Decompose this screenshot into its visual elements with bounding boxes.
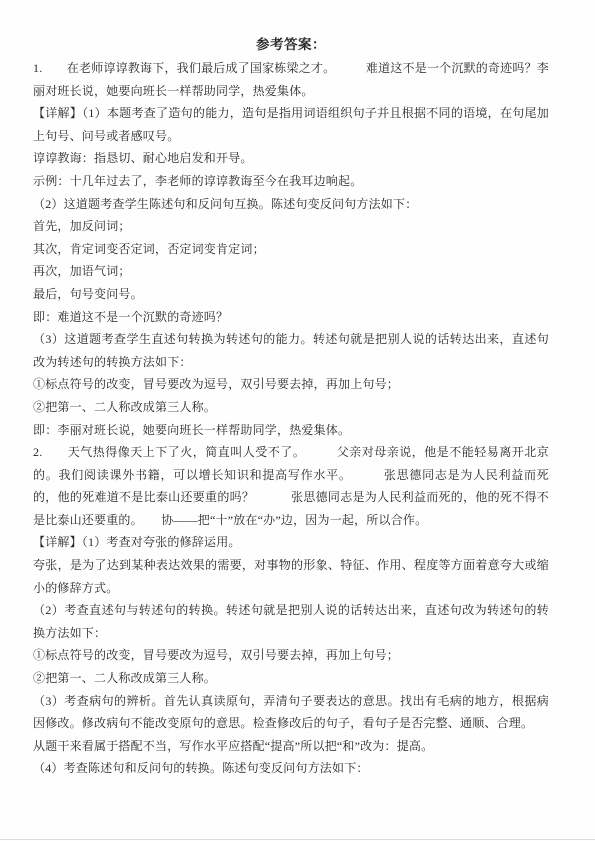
q1-detail-part1: 【详解】（1）本题考查了造句的能力，造句是指用词语组织句子并且根据不同的语境，在…	[33, 102, 549, 147]
q2-part4-intro: （4）考查陈述句和反问句的转换。陈述句变反问句方法如下：	[33, 757, 549, 780]
q2-part2-intro: （2）考查直述句与转述句的转换。转述句就是把别人说的话转达出来，直述句改为转述句…	[33, 599, 549, 644]
q1-part3-result: 即：李丽对班长说，她要向班长一样帮助同学，热爱集体。	[33, 419, 549, 442]
document-body: 1. 在老师谆谆教诲下，我们最后成了国家栋梁之才。 难道这不是一个沉默的奇迹吗？…	[33, 57, 549, 780]
q2-part2-rule-1: ①标点符号的改变，冒号要改为逗号，双引号要去掉，再加上句号；	[33, 644, 549, 667]
q2-detail-part1: 【详解】（1）考查对夸张的修辞运用。	[33, 531, 549, 554]
q1-example: 示例：十几年过去了，李老师的谆谆教诲至今在我耳边响起。	[33, 170, 549, 193]
q1-part3-rule-1: ①标点符号的改变，冒号要改为逗号，双引号要去掉，再加上句号；	[33, 373, 549, 396]
q1-answers: 1. 在老师谆谆教诲下，我们最后成了国家栋梁之才。 难道这不是一个沉默的奇迹吗？…	[33, 57, 549, 102]
q2-part1-explain: 夸张，是为了达到某种表达效果的需要，对事物的形象、特征、作用、程度等方面着意夸大…	[33, 554, 549, 599]
q1-step-second: 其次，肯定词变否定词，否定词变肯定词；	[33, 238, 549, 261]
q2-part3-fix: 从题干来看属于搭配不当，写作水平应搭配“提高”所以把“和”改为：提高。	[33, 735, 549, 758]
answer-key-page: 参考答案： 1. 在老师谆谆教诲下，我们最后成了国家栋梁之才。 难道这不是一个沉…	[0, 0, 595, 841]
q1-part3-rule-2: ②把第一、二人称改成第三人称。	[33, 396, 549, 419]
q1-part2-result: 即：难道这不是一个沉默的奇迹吗？	[33, 306, 549, 329]
q1-step-first: 首先，加反问词；	[33, 215, 549, 238]
page-bottom-edge	[0, 839, 595, 840]
q1-step-third: 再次，加语气词；	[33, 260, 549, 283]
q1-word-meaning: 谆谆教诲：指恳切、耐心地启发和开导。	[33, 147, 549, 170]
page-title: 参考答案：	[33, 33, 549, 56]
q1-step-last: 最后，句号变问号。	[33, 283, 549, 306]
q1-part2-intro: （2）这道题考查学生陈述句和反问句互换。陈述句变反问句方法如下：	[33, 193, 549, 216]
q2-answers: 2. 天气热得像天上下了火，简直叫人受不了。 父亲对母亲说，他是不能轻易离开北京…	[33, 441, 549, 531]
q1-part3-intro: （3）这道题考查学生直述句转换为转述句的能力。转述句就是把别人说的话转达出来，直…	[33, 328, 549, 373]
q2-part3-explain: （3）考查病句的辨析。首先认真读原句，弄清句子要表达的意思。找出有毛病的地方，根…	[33, 690, 549, 735]
q2-part2-rule-2: ②把第一、二人称改成第三人称。	[33, 667, 549, 690]
